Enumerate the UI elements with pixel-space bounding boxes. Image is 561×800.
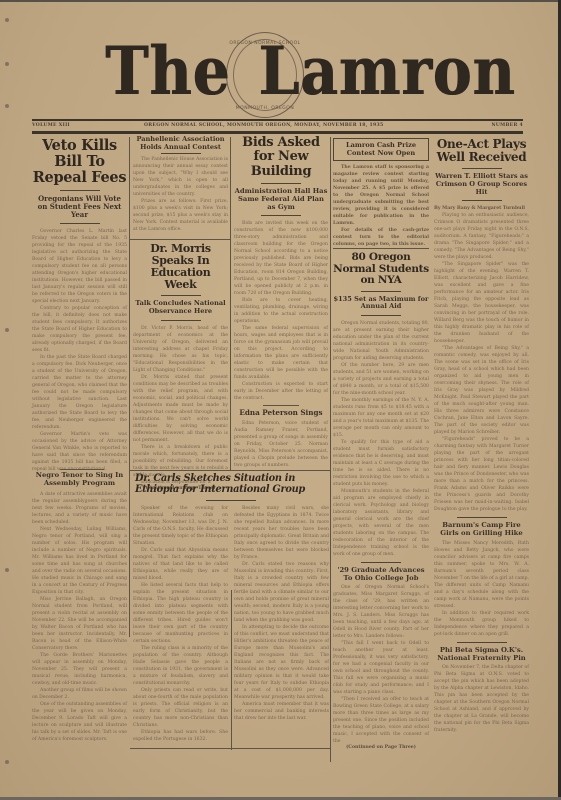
title-the: The: [105, 32, 230, 110]
masthead: OREGON NORMAL SCHOOL MONMOUTH, OREGON Th…: [0, 10, 561, 110]
subhead: Administration Hall Has Same Federal Aid…: [234, 188, 328, 211]
article-body: By Mary Bany & Margaret Turnbull Playing…: [434, 205, 529, 513]
headline: Dr. Morris Speaks In Education Week: [133, 243, 228, 291]
article-body: The Panhellenic House Association is ann…: [133, 156, 228, 233]
headline: Lamron Cash Prize Contest Now Open: [337, 142, 425, 157]
headline: One-Act Plays Well Received: [434, 138, 529, 164]
newspaper-page: OREGON NORMAL SCHOOL MONMOUTH, OREGON Th…: [0, 0, 561, 800]
cash-prize-box: Lamron Cash Prize Contest Now Open: [333, 138, 429, 161]
article-body: Bids are invited this week on the constr…: [234, 220, 328, 402]
article-body: On November 7, the Delta chapter of Phi …: [434, 664, 529, 734]
article-body: The Misses Nancy Meredith, Ruth Howes an…: [434, 540, 529, 638]
headline: 80 Oregon Normal Students on NYA: [333, 252, 429, 287]
headline: Barnum's Camp Fire Girls on Grilling Hik…: [434, 522, 529, 538]
dateline-rule-top: [32, 119, 523, 121]
headline: Veto Kills Bill To Repeal Fees: [32, 138, 127, 186]
subhead: $135 Set as Maximum for Annual Aid: [333, 296, 429, 311]
article-body: One of Oregon Normal School's graduates,…: [333, 584, 429, 745]
article-campfire: Barnum's Camp Fire Girls on Grilling Hik…: [434, 522, 529, 638]
article-body: Oregon Normal students, totaling 80, are…: [333, 320, 429, 558]
section-divider: [130, 748, 330, 749]
article-panhellenic: Panhellenic Association Holds Annual Con…: [133, 136, 228, 233]
article-body: Governor Charles L. Martin last Friday v…: [32, 228, 127, 473]
article-body-right: Besides many civil wars, she defeated th…: [234, 505, 329, 743]
column-divider: [230, 137, 231, 470]
byline: By Mary Bany & Margaret Turnbull: [434, 205, 529, 212]
continued-note[interactable]: (Continued on Page Three): [333, 745, 429, 750]
article-carls: Dr. Carls Sketches Situation in Ethiopia…: [133, 474, 329, 743]
column-divider: [129, 137, 130, 637]
issue-number: NUMBER 4: [491, 123, 523, 128]
headline: Dr. Carls Sketches Situation in Ethiopia…: [133, 474, 329, 496]
article-veto: Veto Kills Bill To Repeal Fees Oregonian…: [32, 136, 127, 473]
section-divider: [130, 239, 230, 240]
article-edna: Edna Peterson Sings Edna Peterson, voice…: [234, 409, 328, 468]
punch-hole: [5, 760, 9, 764]
subhead: Talk Concludes National Observance Here: [133, 300, 228, 315]
article-body: Dr. Victor P. Morris, head of the depart…: [133, 325, 228, 486]
article-cash-prize: Lamron Cash Prize Contest Now Open The L…: [333, 138, 429, 248]
article-graduate: '29 Graduate Advances To Ohio College Jo…: [333, 567, 429, 751]
title-name: Lamron: [258, 32, 515, 110]
date-location: OREGON NORMAL SCHOOL, MONMOUTH OREGON, M…: [144, 123, 384, 128]
headline: Bids Asked for New Building: [234, 136, 328, 179]
headline: '29 Graduate Advances To Ohio College Jo…: [333, 567, 429, 583]
volume-label: VOLUME XIII: [32, 123, 70, 128]
article-bids: Bids Asked for New Building Administrati…: [234, 136, 328, 469]
dateline-rule-bottom: [32, 131, 523, 134]
punch-hole: [5, 328, 9, 332]
article-body-left: Speaker of the evening for International…: [133, 505, 228, 743]
headline: Phi Beta Sigma O.K's. National Fraternit…: [434, 647, 529, 663]
headline: Edna Peterson Sings: [234, 409, 328, 417]
article-morris: Dr. Morris Speaks In Education Week Talk…: [133, 243, 228, 491]
headline: Panhellenic Association Holds Annual Con…: [133, 136, 228, 151]
article-body: Edna Peterson, voice student of Audia Ra…: [234, 420, 328, 469]
column-divider: [330, 137, 331, 762]
article-body: A date of attractive assemblies await th…: [32, 491, 127, 743]
article-nya: 80 Oregon Normal Students on NYA $135 Se…: [333, 252, 429, 750]
subhead: Oregonians Will Vote on Student Fees Nex…: [32, 195, 127, 219]
punch-hole: [5, 568, 9, 572]
article-phibeta: Phi Beta Sigma O.K's. National Fraternit…: [434, 647, 529, 735]
subhead: Warren T. Elliott Stars as Crimson O Gro…: [434, 173, 529, 196]
article-plays: One-Act Plays Well Received Warren T. El…: [434, 138, 529, 734]
article-body: The Lamron staff is sponsoring a magazin…: [333, 164, 429, 248]
scan-top-edge: [0, 0, 561, 2]
article-tenor: Negro Tenor to Sing In Assembly Program …: [32, 472, 127, 743]
newspaper-title: TheLamron: [105, 32, 455, 110]
headline: Negro Tenor to Sing In Assembly Program: [32, 472, 127, 488]
